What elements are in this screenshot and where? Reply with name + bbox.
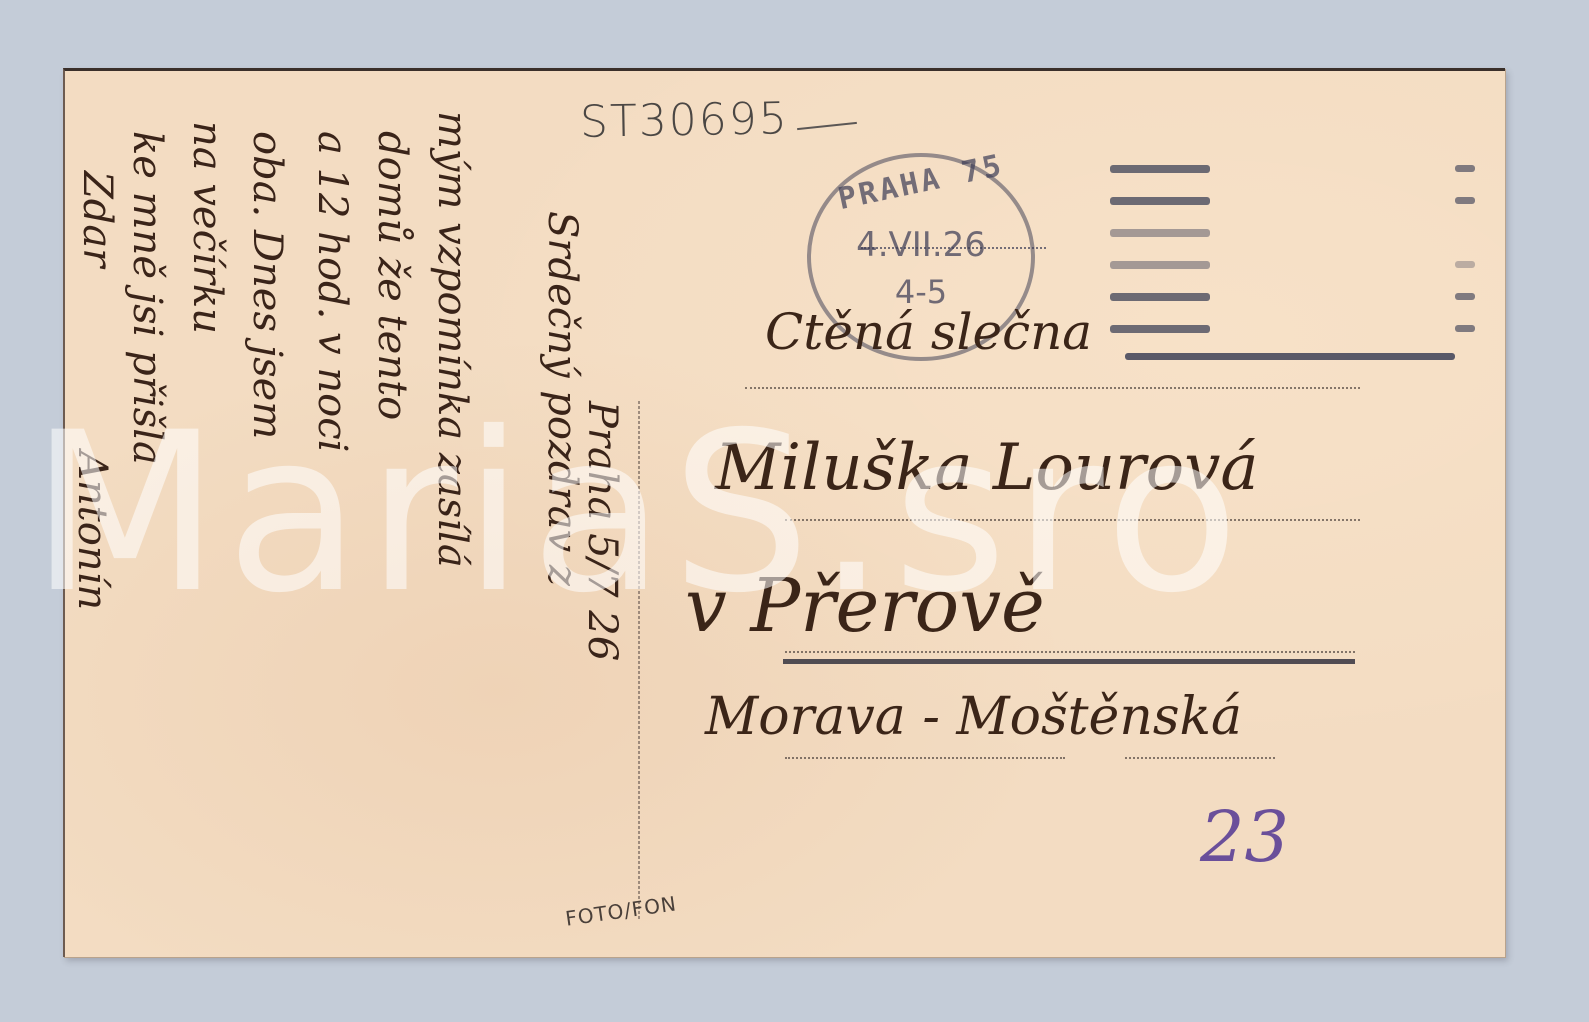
address-line-2: Miluška Lourová [715,431,1259,505]
cancel-bar [1455,197,1475,204]
stock-number-underline [797,122,857,130]
cancel-bar-long [1125,353,1455,360]
cancel-bar [1110,165,1210,173]
message-line: a 12 hod. v noci [309,131,355,452]
address-underline [783,659,1355,664]
card-divider [638,401,640,921]
cancel-bar [1455,325,1475,332]
stock-number: ST30695 [580,93,790,148]
message-line: na večírku [184,121,230,334]
cancel-bar [1110,229,1210,237]
address-dotted-line [745,387,1360,389]
address-line-3: v Přerově [685,563,1045,649]
cancel-bar [1110,325,1210,333]
cancel-bar [1455,165,1475,172]
address-line-4: Morava - Moštěnská [705,687,1242,747]
postmark-date: 4.VII.26 [811,225,1031,265]
message-line: mým vzpomínka zasílá [429,111,475,568]
message-line: ke mně jsi přišla [124,131,170,465]
postcard: ST30695 PRAHA 75 4.VII.26 4-5 Ctěná sleč… [63,68,1505,957]
cancel-bar [1110,197,1210,205]
cancel-bar [1110,261,1210,269]
violet-number: 23 [1200,796,1289,878]
cancel-bar [1455,261,1475,268]
message-line: oba. Dnes jsem [244,131,290,439]
address-dotted-line [1125,757,1275,759]
message-line: Zdar [74,171,120,267]
address-dotted-line [785,519,1360,521]
message-date: Praha 5/7 26 [579,401,625,661]
address-line-1: Ctěná slečna [765,303,1092,361]
message-signature: Antonín [69,451,115,610]
message-line: Srdečný pozdrav z [539,211,585,586]
printer-imprint: FOTO/FON [564,891,678,930]
cancel-bar [1455,293,1475,300]
postmark-city: PRAHA 75 [810,143,1032,223]
address-dotted-line [785,651,1355,653]
address-dotted-line [785,757,1065,759]
cancel-bar [1110,293,1210,301]
message-line: domů že tento [369,131,415,420]
